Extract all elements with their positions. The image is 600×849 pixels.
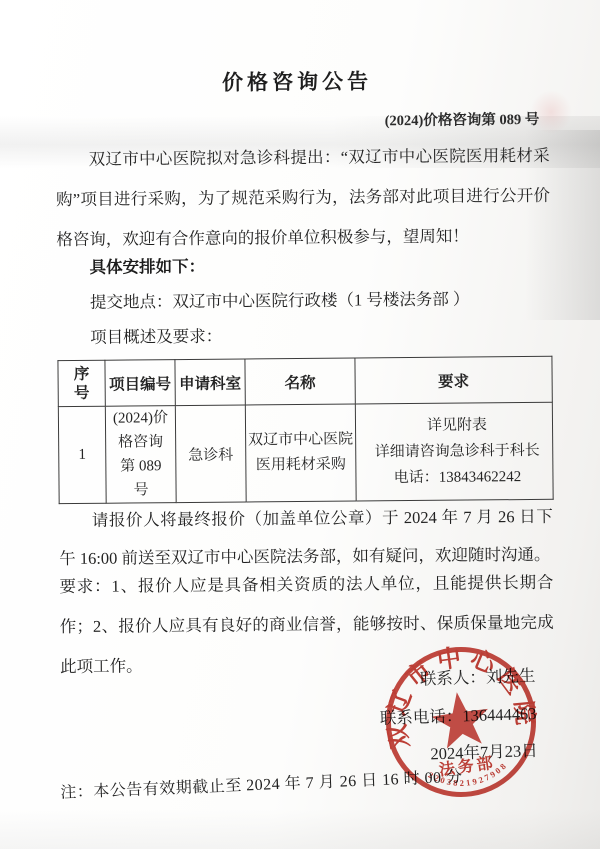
table-row: 1 (2024)价格咨询第 089 号 急诊科 双辽市中心医院医用耗材采购 详见… — [58, 402, 553, 503]
cell-requirements: 详见附表 详细请咨询急诊科于科长 电话：13843462242 — [355, 402, 553, 501]
header-requirements: 要求 — [355, 356, 552, 404]
cell-name: 双辽市中心医院医用耗材采购 — [245, 404, 356, 502]
header-name: 名称 — [245, 358, 355, 405]
requirement-line: 详细请咨询急诊科于科长 — [366, 438, 548, 466]
doc-number: (2024)价格咨询第 089 号 — [385, 108, 540, 130]
document-page: 价格咨询公告 (2024)价格咨询第 089 号 双辽市中心医院拟对急诊科提出：… — [0, 0, 600, 849]
cell-index: 1 — [58, 406, 106, 503]
table-header-row: 序号 项目编号 申请科室 名称 要求 — [58, 356, 552, 406]
overview-heading: 项目概述及要求： — [57, 320, 551, 348]
requirement-line: 详见附表 — [366, 412, 548, 440]
header-department: 申请科室 — [175, 359, 245, 406]
arrangement-heading: 具体安排如下： — [57, 250, 551, 278]
header-project-no: 项目编号 — [105, 360, 175, 407]
cell-project-no: (2024)价格咨询第 089 号 — [105, 406, 176, 504]
submit-location-line: 提交地点：双辽市中心医院行政楼（1 号楼法务部 ） — [57, 285, 551, 313]
project-table: 序号 项目编号 申请科室 名称 要求 1 (2024)价格咨询第 089 号 急… — [57, 356, 553, 504]
page-title: 价格咨询公告 — [0, 63, 597, 98]
header-index: 序号 — [58, 360, 105, 406]
signature-block: 联系人：刘先生 联系电话：136444463 2024年7月23日 — [275, 657, 538, 778]
cell-department: 急诊科 — [175, 405, 246, 503]
intro-paragraph: 双辽市中心医院拟对急诊科提出：“双辽市中心医院医用耗材采购”项目进行采购，为了规… — [56, 136, 551, 260]
document-content: 价格咨询公告 (2024)价格咨询第 089 号 双辽市中心医院拟对急诊科提出：… — [0, 0, 600, 849]
requirement-line: 电话：13843462242 — [366, 464, 548, 492]
